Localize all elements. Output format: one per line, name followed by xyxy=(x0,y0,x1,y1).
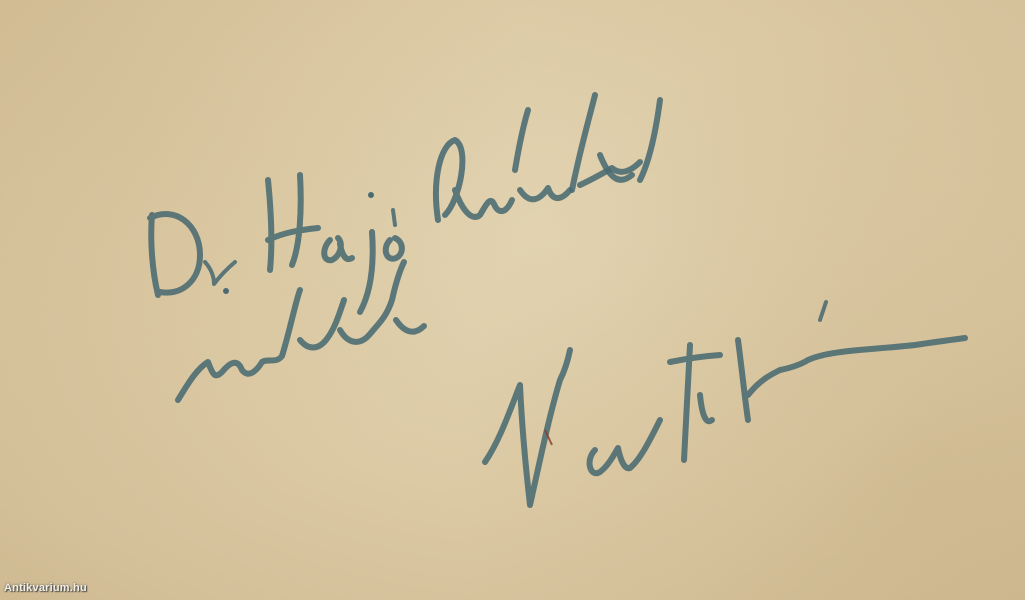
handwritten-inscription xyxy=(0,0,1025,600)
watermark: Antikvarium.hu xyxy=(4,582,87,594)
handwriting-line1 xyxy=(150,95,660,312)
signature xyxy=(485,302,965,505)
